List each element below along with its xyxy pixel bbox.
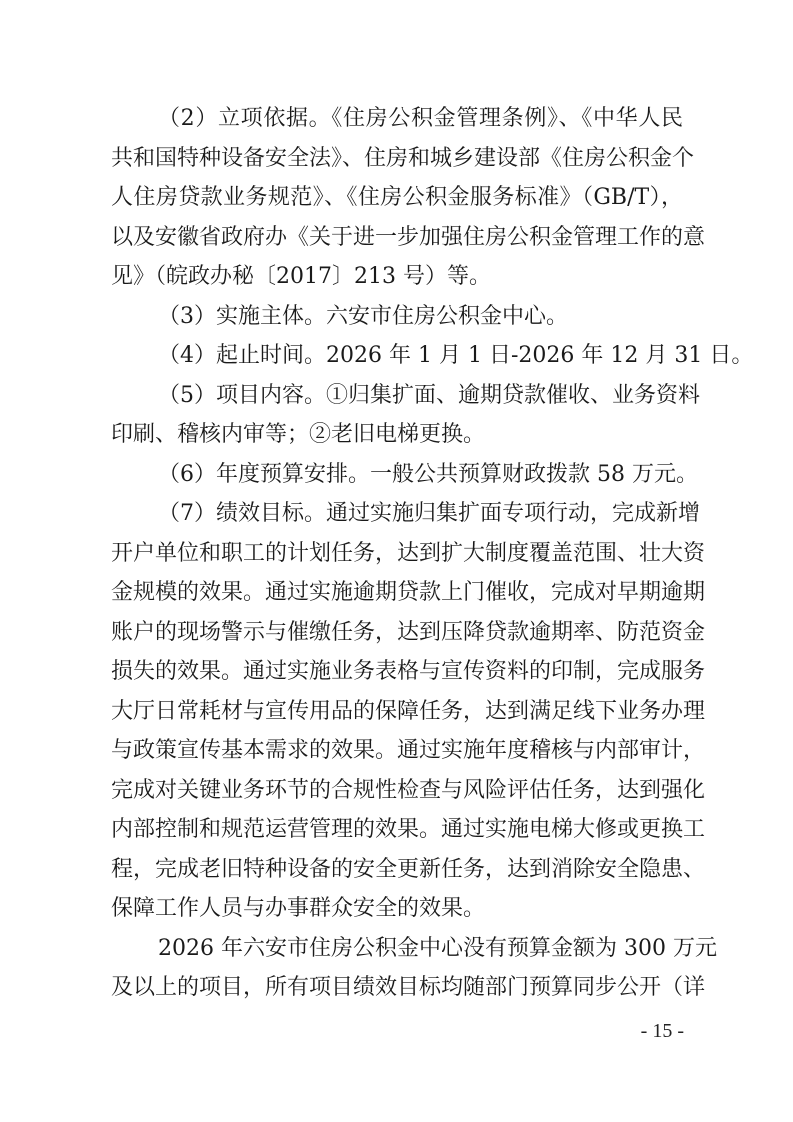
basis-line-3: 人住房贷款业务规范》、《住房公积金服务标准》（GB/T），	[111, 178, 683, 218]
basis-line-4: 以及安徽省政府办《关于进一步加强住房公积金管理工作的意	[111, 218, 683, 258]
body-text: （2）立项依据。《住房公积金管理条例》、《中华人民 共和国特种设备安全法》、住房…	[111, 99, 683, 1008]
period-line: （4）起止时间。2026 年 1 月 1 日-2026 年 12 月 31 日。	[111, 336, 683, 376]
basis-line-1: （2）立项依据。《住房公积金管理条例》、《中华人民	[111, 99, 683, 139]
goals-line-1: （7）绩效目标。通过实施归集扩面专项行动，完成新增	[111, 494, 683, 534]
content-line-2: 印刷、稽核内审等；②老旧电梯更换。	[111, 415, 683, 455]
goals-line-8: 完成对关键业务环节的合规性检查与风险评估任务，达到强化	[111, 771, 683, 811]
goals-line-4: 账户的现场警示与催缴任务，达到压降贷款逾期率、防范资金	[111, 613, 683, 653]
goals-line-3: 金规模的效果。通过实施逾期贷款上门催收，完成对早期逾期	[111, 573, 683, 613]
goals-line-7: 与政策宣传基本需求的效果。通过实施年度稽核与内部审计，	[111, 731, 683, 771]
content-line-1: （5）项目内容。①归集扩面、逾期贷款催收、业务资料	[111, 376, 683, 416]
goals-line-10: 程，完成老旧特种设备的安全更新任务，达到消除安全隐患、	[111, 850, 683, 890]
document-page: （2）立项依据。《住房公积金管理条例》、《中华人民 共和国特种设备安全法》、住房…	[0, 0, 793, 1122]
summary-line-2: 及以上的项目，所有项目绩效目标均随部门预算同步公开（详	[111, 968, 683, 1008]
entity-line: （3）实施主体。六安市住房公积金中心。	[111, 297, 683, 337]
basis-line-5: 见》（皖政办秘〔2017〕213 号）等。	[111, 257, 683, 297]
goals-line-9: 内部控制和规范运营管理的效果。通过实施电梯大修或更换工	[111, 810, 683, 850]
goals-line-6: 大厅日常耗材与宣传用品的保障任务，达到满足线下业务办理	[111, 692, 683, 732]
basis-line-2: 共和国特种设备安全法》、住房和城乡建设部《住房公积金个	[111, 139, 683, 179]
goals-line-5: 损失的效果。通过实施业务表格与宣传资料的印制，完成服务	[111, 652, 683, 692]
goals-line-11: 保障工作人员与办事群众安全的效果。	[111, 889, 683, 929]
budget-line: （6）年度预算安排。一般公共预算财政拨款 58 万元。	[111, 455, 683, 495]
summary-line-1: 2026 年六安市住房公积金中心没有预算金额为 300 万元	[111, 929, 683, 969]
goals-line-2: 开户单位和职工的计划任务，达到扩大制度覆盖范围、壮大资	[111, 534, 683, 574]
page-number: - 15 -	[620, 1020, 684, 1043]
